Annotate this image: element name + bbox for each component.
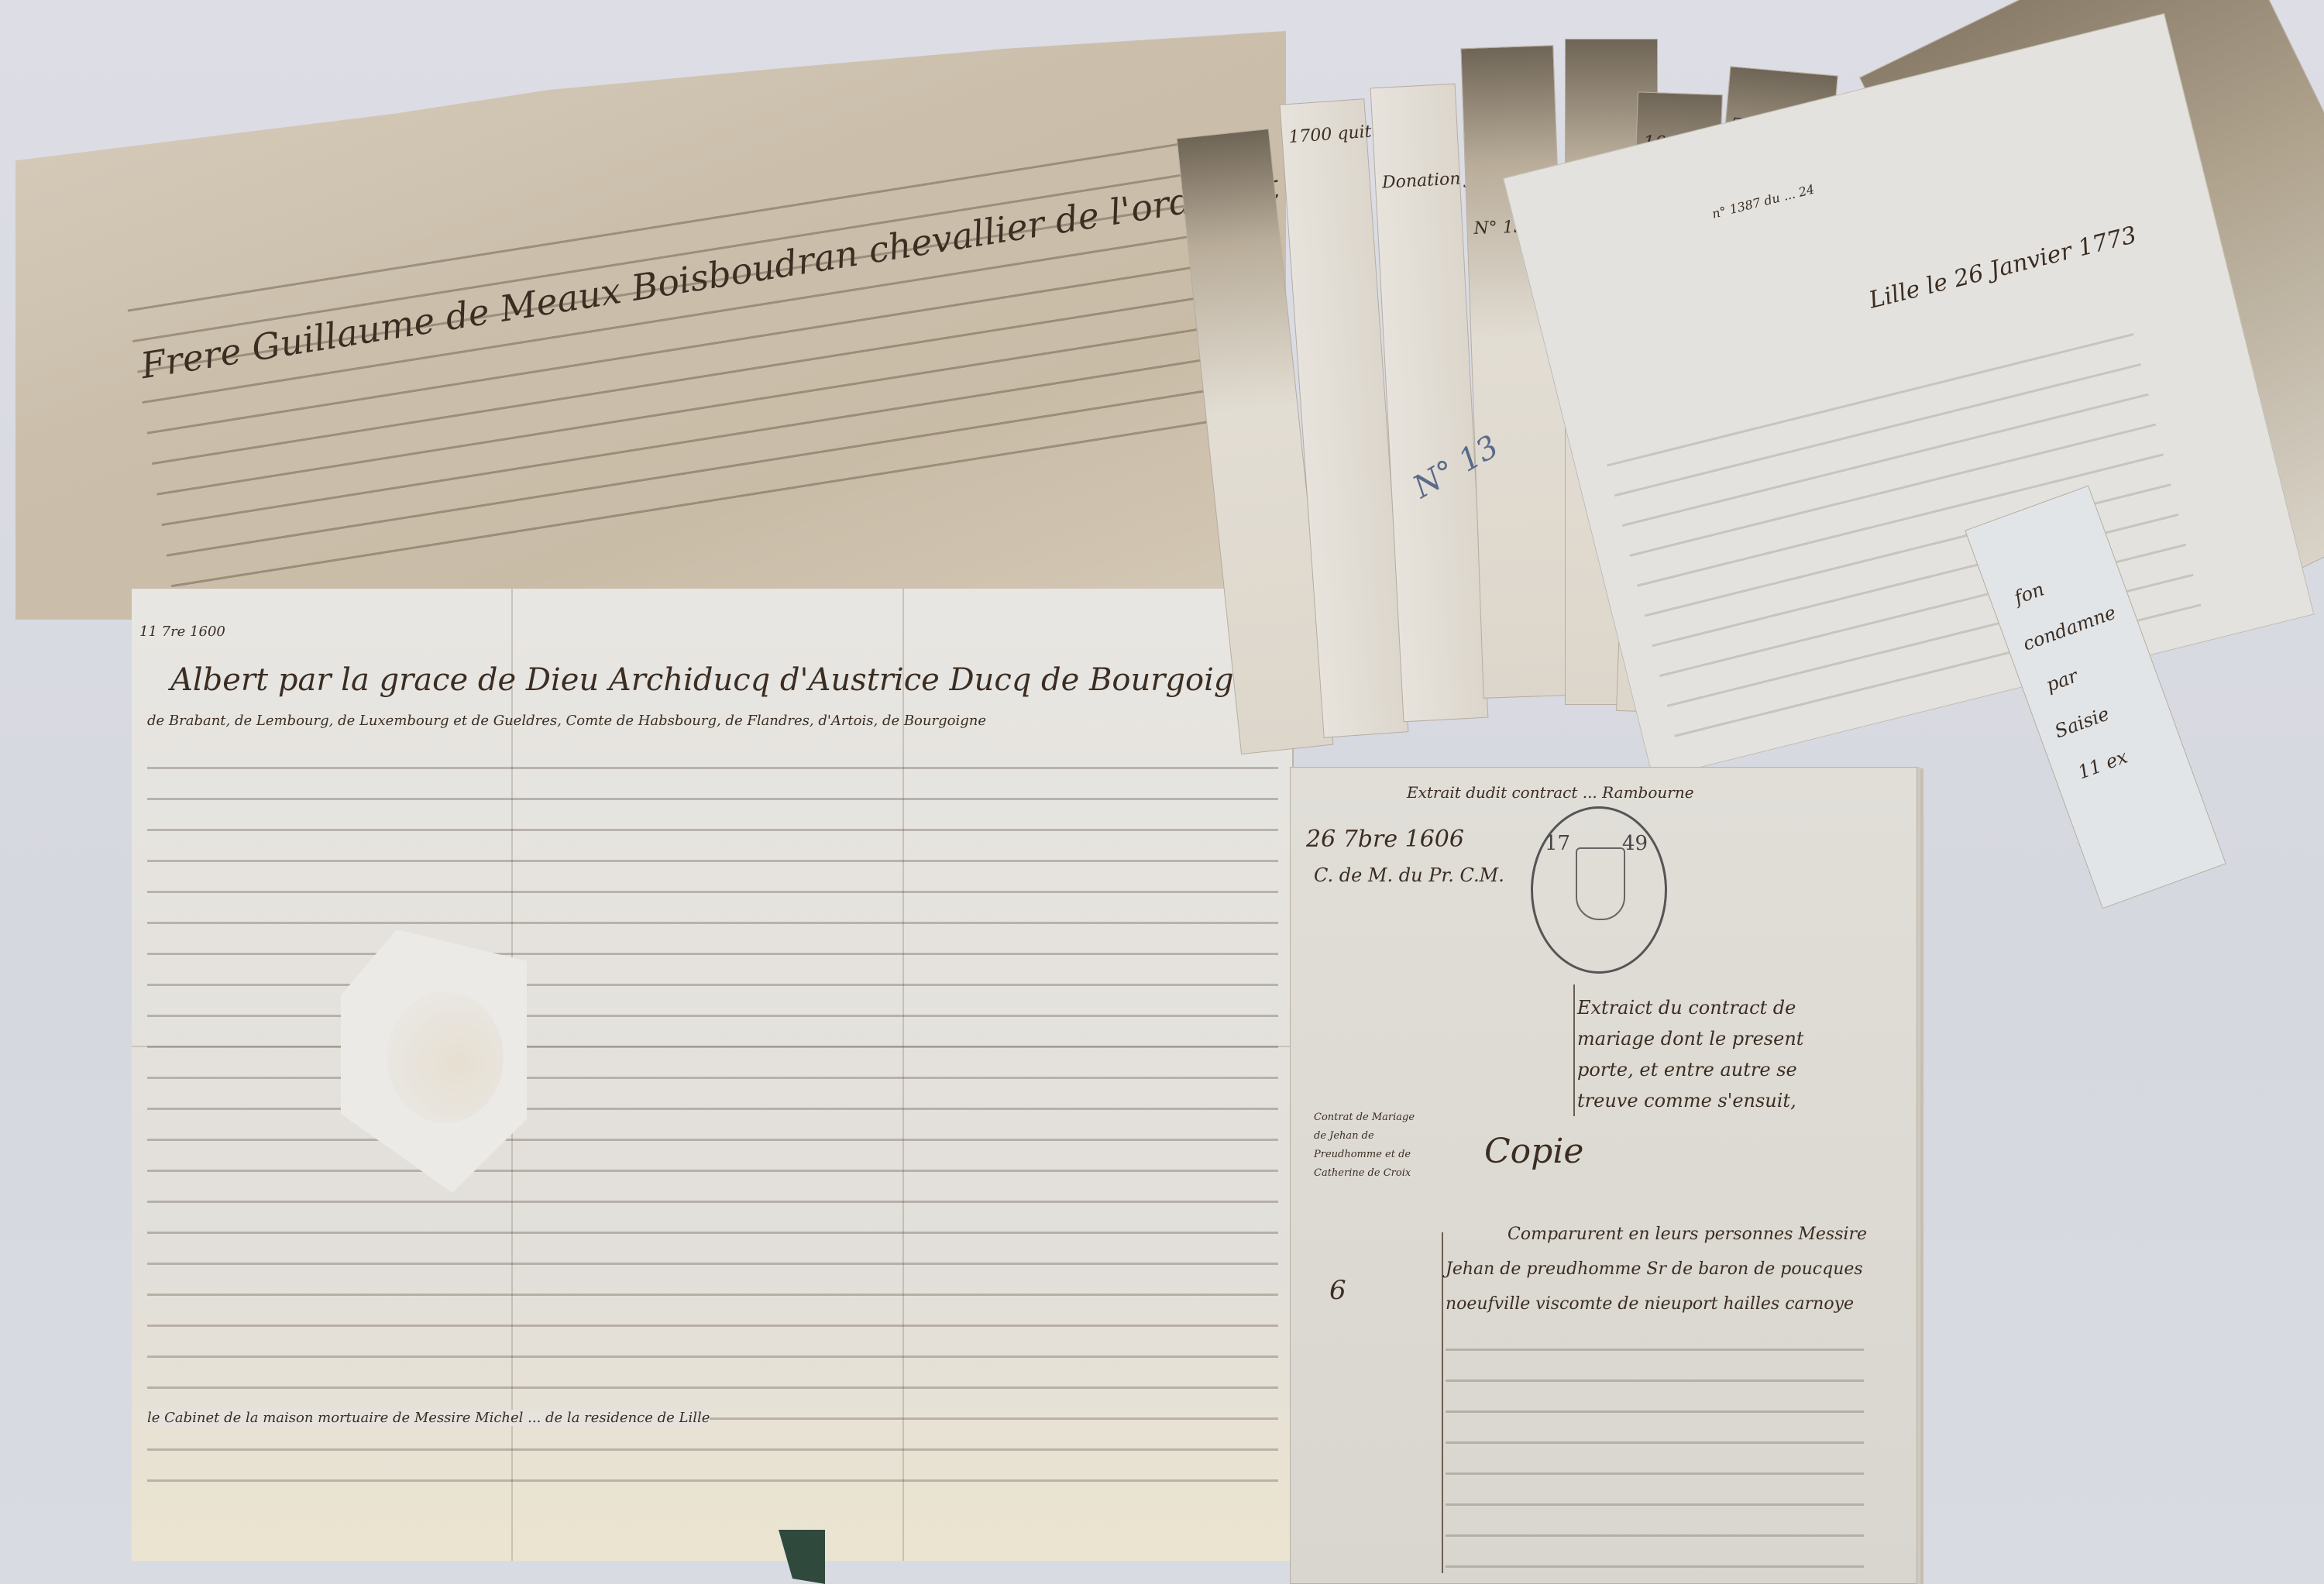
copie-heading: Copie bbox=[1484, 1132, 1583, 1171]
tax-stamp: 17 49 bbox=[1531, 806, 1667, 974]
extract-date: 26 7bre 1606 bbox=[1306, 826, 1464, 853]
albert-text-lines bbox=[147, 744, 1278, 1503]
albert-line-2: de Brabant, de Lembourg, de Luxembourg e… bbox=[147, 713, 986, 729]
marriage-contract-extract: Extrait dudit contract ... Rambourne 26 … bbox=[1290, 767, 1917, 1584]
albert-heading: Albert par la grace de Dieu Archiducq d'… bbox=[170, 662, 1272, 698]
extract-margin-note: Contrat de Mariage de Jehan de Preudhomm… bbox=[1314, 1108, 1422, 1183]
extract-ref: C. de M. du Pr. C.M. bbox=[1314, 864, 1504, 886]
lille-note: n° 1387 du ... 24 bbox=[1710, 181, 1816, 221]
extract-body-line-3: noeufville viscomte de nieuport hailles … bbox=[1446, 1294, 1854, 1314]
extract-text-lines bbox=[1446, 1325, 1864, 1573]
extract-title: Extraict du contract de mariage dont le … bbox=[1577, 992, 1810, 1116]
lille-date: Lille le 26 Janvier 1773 bbox=[1866, 222, 2139, 314]
strip-number-label: N° 13 bbox=[1410, 434, 1472, 534]
extract-body-line-2: Jehan de preudhomme Sr de baron de poucq… bbox=[1446, 1259, 1863, 1279]
extract-margin-number: 6 bbox=[1329, 1275, 1346, 1306]
stamp-crest-icon bbox=[1576, 847, 1625, 920]
albert-date-note: 11 7re 1600 bbox=[139, 624, 225, 640]
extract-body-line-1: Comparurent en leurs personnes Messire bbox=[1508, 1225, 1867, 1244]
extract-top-note: Extrait dudit contract ... Rambourne bbox=[1407, 783, 1694, 802]
parchment-document: Frere Guillaume de Meaux Boisboudran che… bbox=[15, 31, 1286, 620]
seal-emboss bbox=[387, 991, 504, 1123]
albert-closing-line: le Cabinet de la maison mortuaire de Mes… bbox=[147, 1410, 710, 1426]
albert-letter-document: 11 7re 1600 Albert par la grace de Dieu … bbox=[132, 589, 1294, 1561]
parchment-text-lines bbox=[124, 115, 1261, 608]
